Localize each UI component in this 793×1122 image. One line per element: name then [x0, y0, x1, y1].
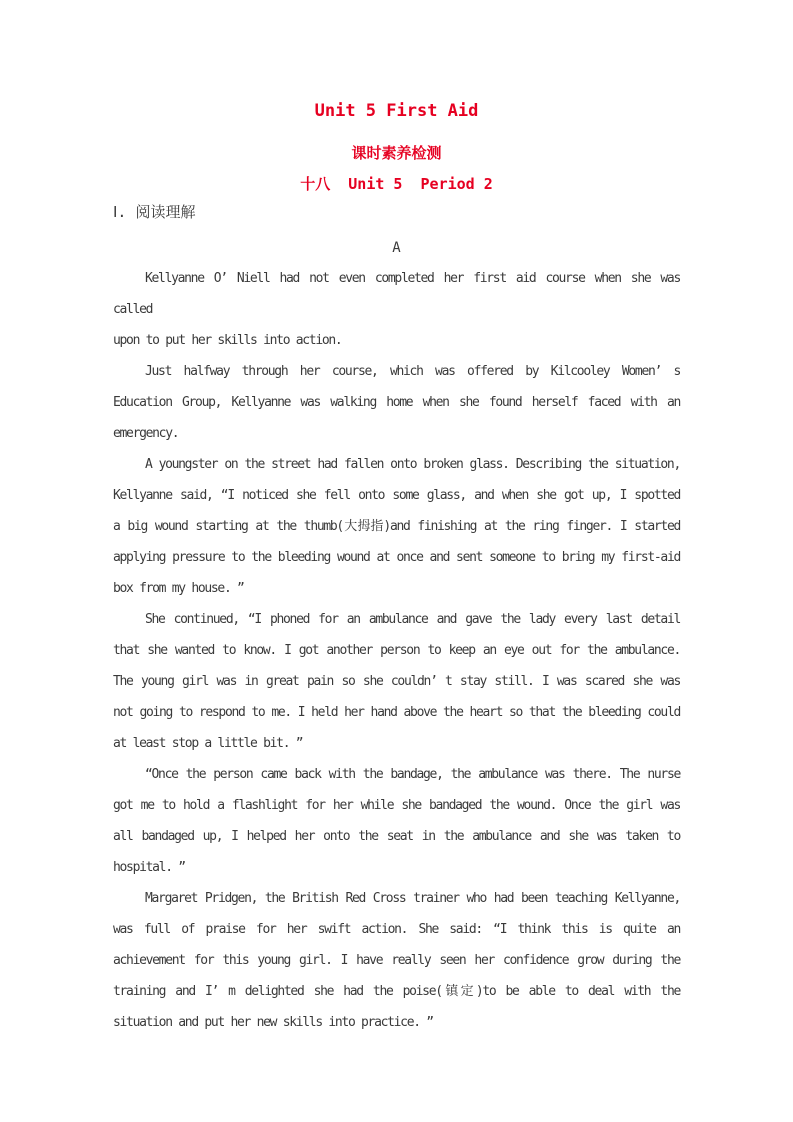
text-line: Kellyanne said, “I noticed she fell onto… [113, 480, 680, 511]
text-line: applying pressure to the bleeding wound … [113, 542, 680, 573]
text-line: that she wanted to know. I got another p… [113, 635, 680, 666]
text-line: Just halfway through her course, which w… [113, 356, 680, 387]
paragraph: Just halfway through her course, which w… [113, 356, 680, 449]
text-line: emergency. [113, 418, 680, 449]
paragraph: Margaret Pridgen, the British Red Cross … [113, 883, 680, 1038]
page-title: Unit 5 First Aid [113, 99, 680, 123]
reading-passage: Kellyanne O’ Niell had not even complete… [113, 263, 680, 1038]
text-line: Margaret Pridgen, the British Red Cross … [113, 883, 680, 914]
paragraph: A youngster on the street had fallen ont… [113, 449, 680, 604]
text-line: The young girl was in great pain so she … [113, 666, 680, 697]
text-line: box from my house. ” [113, 573, 680, 604]
text-line: “Once the person came back with the band… [113, 759, 680, 790]
text-line: achievement for this young girl. I have … [113, 945, 680, 976]
text-line: got me to hold a flashlight for her whil… [113, 790, 680, 821]
text-line: A youngster on the street had fallen ont… [113, 449, 680, 480]
paragraph: Kellyanne O’ Niell had not even complete… [113, 263, 680, 356]
text-line: was full of praise for her swift action.… [113, 914, 680, 945]
text-line: a big wound starting at the thumb(大拇指)an… [113, 511, 680, 542]
text-line: all bandaged up, I helped her onto the s… [113, 821, 680, 852]
page-subtitle: 课时素养检测 [113, 143, 680, 163]
text-line: upon to put her skills into action. [113, 325, 680, 356]
text-line: Education Group, Kellyanne was walking h… [113, 387, 680, 418]
text-line: at least stop a little bit. ” [113, 728, 680, 759]
passage-label: A [113, 238, 680, 258]
worksheet-page: Unit 5 First Aid 课时素养检测 十八 Unit 5 Period… [0, 0, 793, 1122]
exam-number-heading: 十八 Unit 5 Period 2 [113, 174, 680, 194]
text-line: Kellyanne O’ Niell had not even complete… [113, 263, 680, 325]
paragraph: She continued, “I phoned for an ambulanc… [113, 604, 680, 759]
text-line: situation and put her new skills into pr… [113, 1007, 680, 1038]
text-line: hospital. ” [113, 852, 680, 883]
part-heading: Ⅰ. 阅读理解 [113, 202, 680, 222]
paragraph: “Once the person came back with the band… [113, 759, 680, 883]
text-line: training and I’ m delighted she had the … [113, 976, 680, 1007]
text-line: She continued, “I phoned for an ambulanc… [113, 604, 680, 635]
text-line: not going to respond to me. I held her h… [113, 697, 680, 728]
